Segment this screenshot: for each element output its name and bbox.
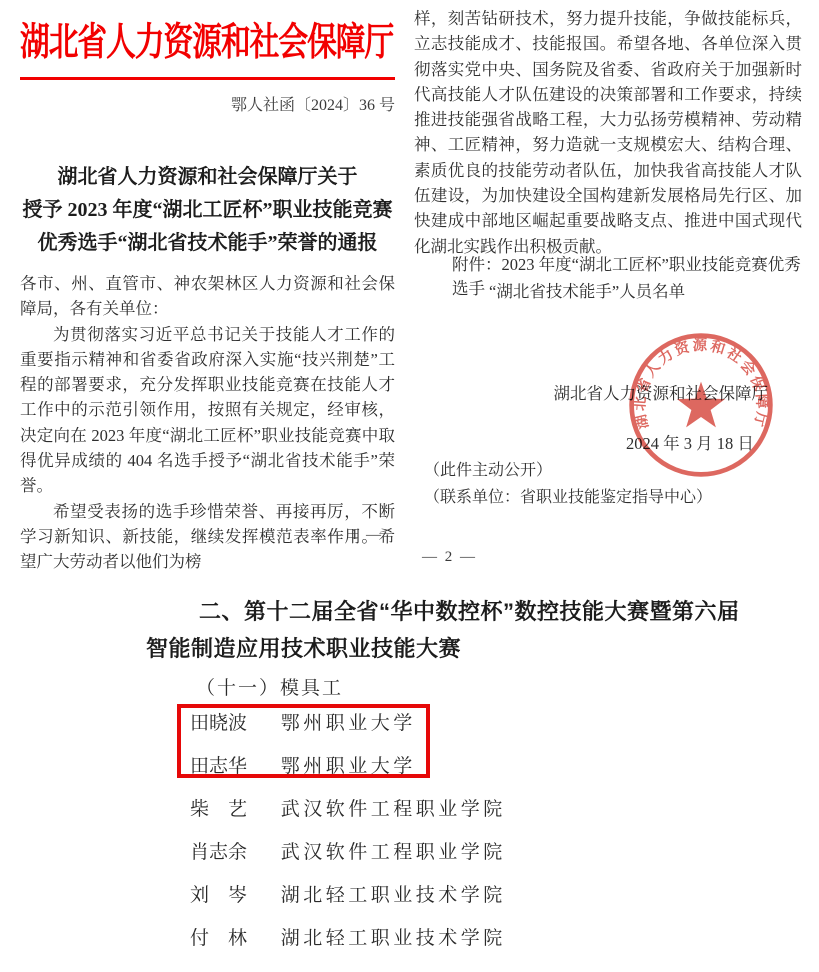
official-seal-stamp: 湖北省人力资源和社会保障厅 bbox=[626, 330, 776, 480]
winner-list: 田晓波 鄂州职业大学 田志华 鄂州职业大学 柴 艺 武汉软件工程职业学院 肖志余… bbox=[190, 702, 610, 960]
attachment-line-2: “湖北省技术能手”人员名单 bbox=[489, 278, 685, 302]
body-paragraph-continued: 样，刻苦钻研技术，努力提升技能，争做技能标兵，立志技能成才、技能报国。希望各地、… bbox=[414, 6, 802, 259]
winner-row: 柴 艺 武汉软件工程职业学院 bbox=[190, 788, 610, 831]
winner-school: 武汉软件工程职业学院 bbox=[281, 842, 506, 863]
document-scan: 湖北省人力资源和社会保障厅 鄂人社函〔2024〕36 号 湖北省人力资源和社会保… bbox=[0, 0, 819, 972]
disclosure-note: （此件主动公开） bbox=[424, 457, 552, 480]
winner-row: 田志华 鄂州职业大学 bbox=[190, 745, 610, 788]
page-1: 湖北省人力资源和社会保障厅 鄂人社函〔2024〕36 号 湖北省人力资源和社会保… bbox=[20, 0, 395, 560]
winner-name: 田晓波 bbox=[190, 702, 254, 745]
winner-row: 肖志余 武汉软件工程职业学院 bbox=[190, 831, 610, 874]
winner-row: 付 林 湖北轻工职业技术学院 bbox=[190, 917, 610, 960]
winner-name: 柴 艺 bbox=[190, 788, 254, 831]
seal-star-icon bbox=[677, 382, 725, 428]
document-number: 鄂人社函〔2024〕36 号 bbox=[20, 92, 395, 115]
winner-school: 湖北轻工职业技术学院 bbox=[281, 885, 506, 906]
competition-heading-line-1: 二、第十二届全省“华中数控杯”数控技能大赛暨第六届 bbox=[199, 595, 740, 626]
page-2-body: 样，刻苦钻研技术，努力提升技能，争做技能标兵，立志技能成才、技能报国。希望各地、… bbox=[414, 6, 802, 259]
competition-heading-line-2: 智能制造应用技术职业技能大赛 bbox=[146, 632, 461, 663]
contact-note: （联系单位：省职业技能鉴定指导中心） bbox=[424, 484, 712, 507]
winner-name: 田志华 bbox=[190, 745, 254, 788]
winner-name: 付 林 bbox=[190, 917, 254, 960]
page-2-number: — 2 — bbox=[422, 549, 477, 566]
notice-title-line-2: 授予 2023 年度“湖北工匠杯”职业技能竞赛 bbox=[20, 194, 395, 227]
winner-row: 刘 岑 湖北轻工职业技术学院 bbox=[190, 874, 610, 917]
winner-school: 鄂州职业大学 bbox=[281, 713, 416, 734]
notice-title: 湖北省人力资源和社会保障厅关于 授予 2023 年度“湖北工匠杯”职业技能竞赛 … bbox=[20, 161, 395, 260]
winner-name: 刘 岑 bbox=[190, 874, 254, 917]
page-1-number: — 1 — bbox=[328, 527, 383, 544]
trade-subheading: （十一）模具工 bbox=[196, 673, 343, 700]
page-2: 样，刻苦钻研技术，努力提升技能，争做技能标兵，立志技能成才、技能报国。希望各地、… bbox=[414, 0, 802, 575]
masthead-title: 湖北省人力资源和社会保障厅 bbox=[20, 10, 391, 66]
winner-name: 肖志余 bbox=[190, 831, 254, 874]
winner-row: 田晓波 鄂州职业大学 bbox=[190, 702, 610, 745]
winner-school: 鄂州职业大学 bbox=[281, 756, 416, 777]
masthead-divider-rule bbox=[20, 77, 395, 80]
notice-title-line-3: 优秀选手“湖北省技术能手”荣誉的通报 bbox=[20, 227, 395, 260]
winner-school: 武汉软件工程职业学院 bbox=[281, 799, 506, 820]
salutation: 各市、州、直管市、神农架林区人力资源和社会保障局，各有关单位： bbox=[20, 271, 395, 322]
body-paragraph-1: 为贯彻落实习近平总书记关于技能人才工作的重要指示精神和省委省政府深入实施“技兴荆… bbox=[20, 322, 395, 499]
winner-school: 湖北轻工职业技术学院 bbox=[281, 928, 506, 949]
notice-title-line-1: 湖北省人力资源和社会保障厅关于 bbox=[20, 161, 395, 194]
